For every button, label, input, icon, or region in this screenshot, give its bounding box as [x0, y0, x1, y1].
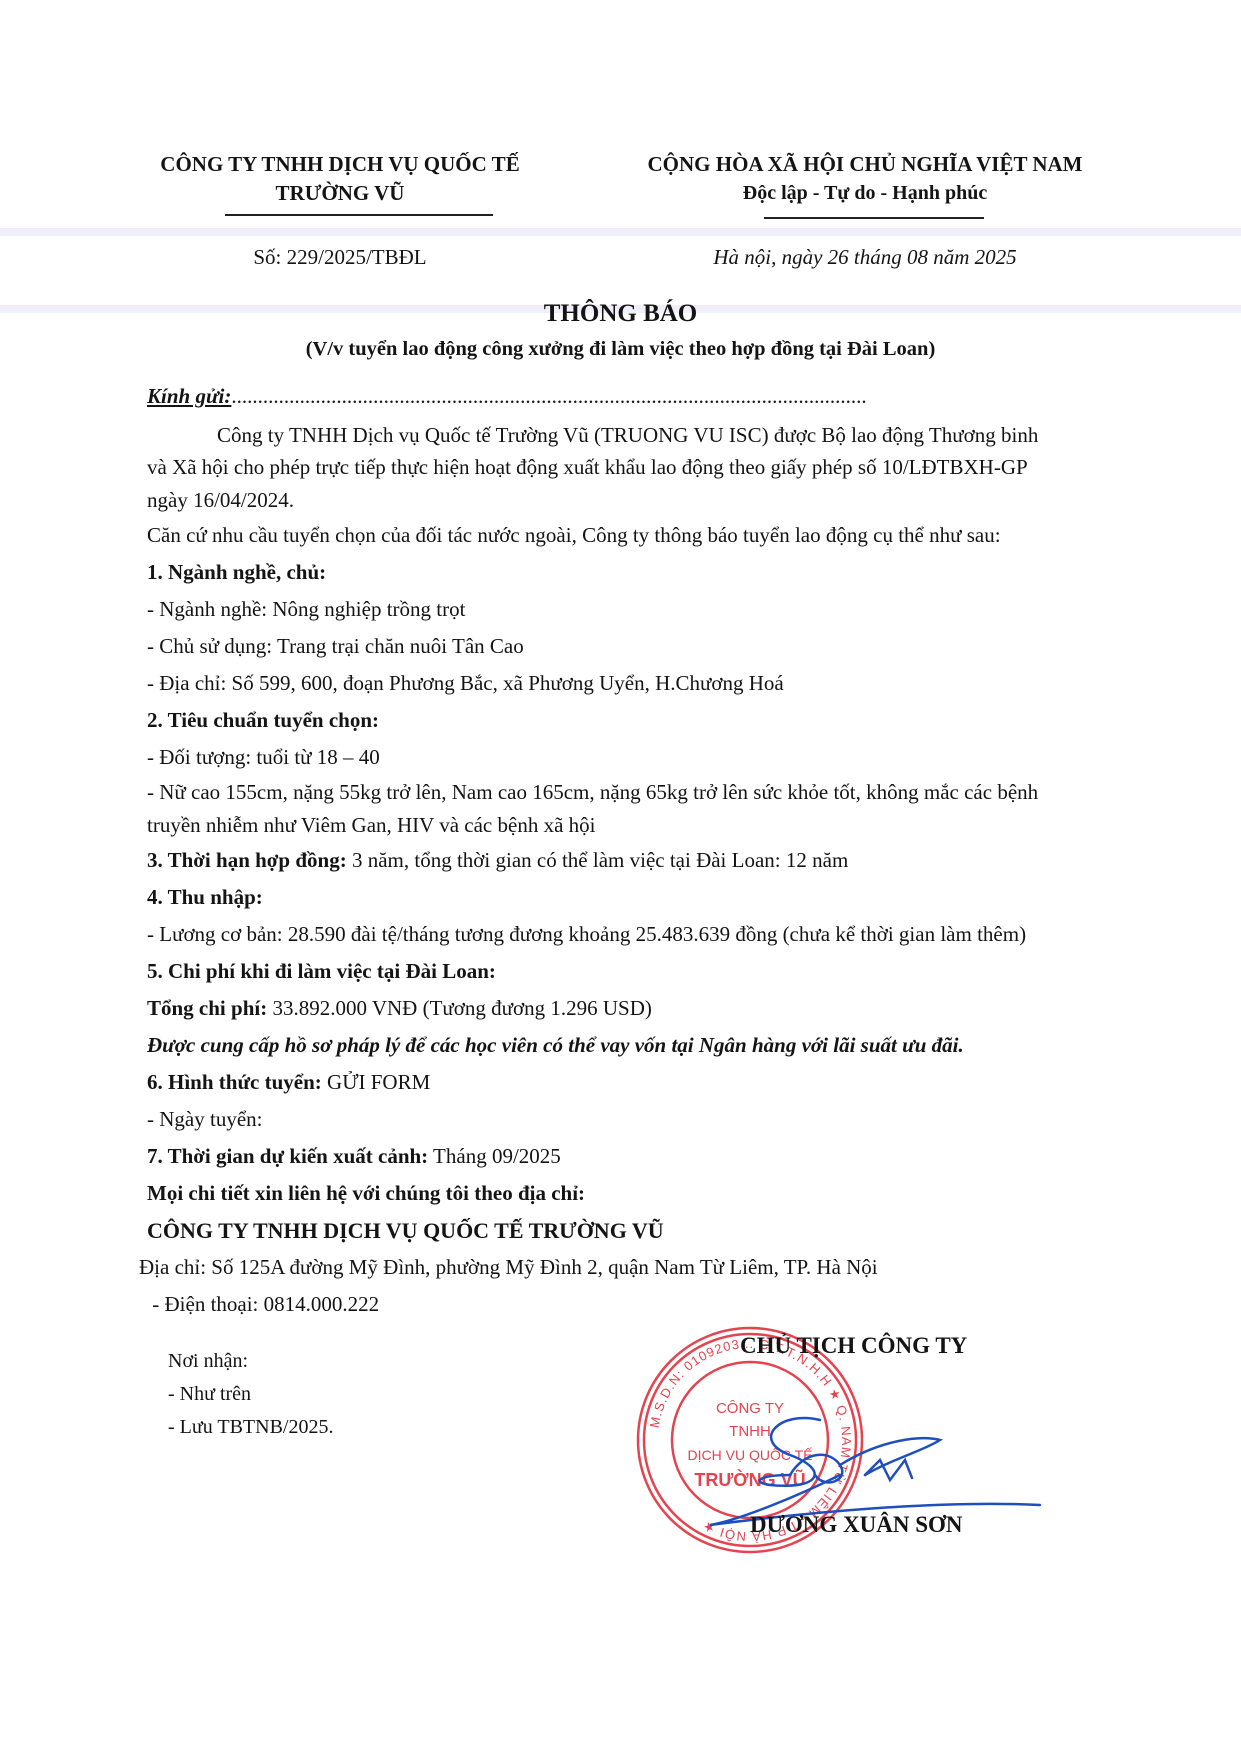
salutation: Kính gửi:...............................…: [147, 378, 1177, 415]
section-6-label: 6. Hình thức tuyển:: [147, 1070, 322, 1094]
company-name-line2: TRƯỜNG VŨ: [140, 179, 540, 208]
section-7: 7. Thời gian dự kiến xuất cảnh: Tháng 09…: [147, 1138, 1177, 1175]
recipient-item: - Lưu TBTNB/2025.: [168, 1411, 333, 1444]
document-number: Số: 229/2025/TBĐL: [140, 245, 540, 270]
national-motto: Độc lập - Tự do - Hạnh phúc: [615, 179, 1115, 208]
section-6-value: GỬI FORM: [322, 1070, 430, 1094]
scan-artifact-band: [0, 228, 1241, 236]
intro-basis: Căn cứ nhu cầu tuyển chọn của đối tác nư…: [147, 517, 1177, 554]
intro-line: và Xã hội cho phép trực tiếp thực hiện h…: [147, 451, 1177, 483]
recipients-label: Nơi nhận:: [168, 1345, 333, 1378]
section-1-heading: 1. Ngành nghề, chủ:: [147, 554, 1177, 591]
recipient-item: - Như trên: [168, 1378, 333, 1411]
intro-line: Công ty TNHH Dịch vụ Quốc tế Trường Vũ (…: [147, 419, 1177, 451]
company-header: CÔNG TY TNHH DỊCH VỤ QUỐC TẾ TRƯỜNG VŨ: [140, 150, 540, 208]
section-3-label: 3. Thời hạn hợp đồng:: [147, 848, 347, 872]
salutation-label: Kính gửi:: [147, 384, 231, 408]
nation-name: CỘNG HÒA XÃ HỘI CHỦ NGHĨA VIỆT NAM: [615, 150, 1115, 179]
section-5-note: Được cung cấp hồ sơ pháp lý để các học v…: [147, 1027, 1177, 1064]
section-6: 6. Hình thức tuyển: GỬI FORM: [147, 1064, 1177, 1101]
section-4-heading: 4. Thu nhập:: [147, 879, 1177, 916]
signatory-title: CHỦ TỊCH CÔNG TY: [740, 1333, 967, 1359]
intro-line: ngày 16/04/2024.: [147, 483, 1177, 517]
section-7-label: 7. Thời gian dự kiến xuất cảnh:: [147, 1144, 428, 1168]
section-1-item: - Chủ sử dụng: Trang trại chăn nuôi Tân …: [147, 628, 1177, 665]
section-2-item: - Đối tượng: tuổi từ 18 – 40: [147, 739, 1177, 776]
section-2-item: truyền nhiễm như Viêm Gan, HIV và các bệ…: [147, 809, 1177, 842]
header-right-rule: [764, 217, 984, 219]
section-5-total: Tổng chi phí: 33.892.000 VNĐ (Tương đươn…: [147, 990, 1177, 1027]
section-6-item: - Ngày tuyển:: [147, 1101, 1177, 1138]
section-5-total-label: Tổng chi phí:: [147, 996, 267, 1020]
contact-lead: Mọi chi tiết xin liên hệ với chúng tôi t…: [147, 1175, 1177, 1212]
signatory-name: DƯƠNG XUÂN SƠN: [750, 1512, 963, 1538]
company-name-line1: CÔNG TY TNHH DỊCH VỤ QUỐC TẾ: [140, 150, 540, 179]
recipients-block: Nơi nhận: - Như trên - Lưu TBTNB/2025.: [168, 1345, 333, 1444]
contact-address: Địa chỉ: Số 125A đường Mỹ Đình, phường M…: [139, 1249, 1177, 1286]
salutation-blank: ........................................…: [231, 384, 866, 408]
section-3-value: 3 năm, tổng thời gian có thể làm việc tạ…: [347, 848, 849, 872]
nation-header: CỘNG HÒA XÃ HỘI CHỦ NGHĨA VIỆT NAM Độc l…: [615, 150, 1115, 208]
section-7-value: Tháng 09/2025: [428, 1144, 561, 1168]
document-body: Kính gửi:...............................…: [147, 378, 1177, 1323]
contact-company: CÔNG TY TNHH DỊCH VỤ QUỐC TẾ TRƯỜNG VŨ: [147, 1212, 1177, 1249]
section-2-item: - Nữ cao 155cm, nặng 55kg trở lên, Nam c…: [147, 776, 1177, 809]
section-5-heading: 5. Chi phí khi đi làm việc tại Đài Loan:: [147, 953, 1177, 990]
header-left-rule: [225, 214, 493, 216]
section-2-heading: 2. Tiêu chuẩn tuyển chọn:: [147, 702, 1177, 739]
contact-phone: - Điện thoại: 0814.000.222: [147, 1286, 1177, 1323]
handwritten-signature: [690, 1380, 1050, 1530]
document-date: Hà nội, ngày 26 tháng 08 năm 2025: [615, 245, 1115, 270]
document-subtitle: (V/v tuyển lao động công xưởng đi làm vi…: [0, 338, 1241, 361]
section-3: 3. Thời hạn hợp đồng: 3 năm, tổng thời g…: [147, 842, 1177, 879]
section-5-total-value: 33.892.000 VNĐ (Tương đương 1.296 USD): [267, 996, 652, 1020]
document-title: THÔNG BÁO: [0, 300, 1241, 328]
section-1-item: - Ngành nghề: Nông nghiệp trồng trọt: [147, 591, 1177, 628]
section-4-item: - Lương cơ bản: 28.590 đài tệ/tháng tươn…: [147, 916, 1177, 953]
section-1-item: - Địa chỉ: Số 599, 600, đoạn Phương Bắc,…: [147, 665, 1177, 702]
